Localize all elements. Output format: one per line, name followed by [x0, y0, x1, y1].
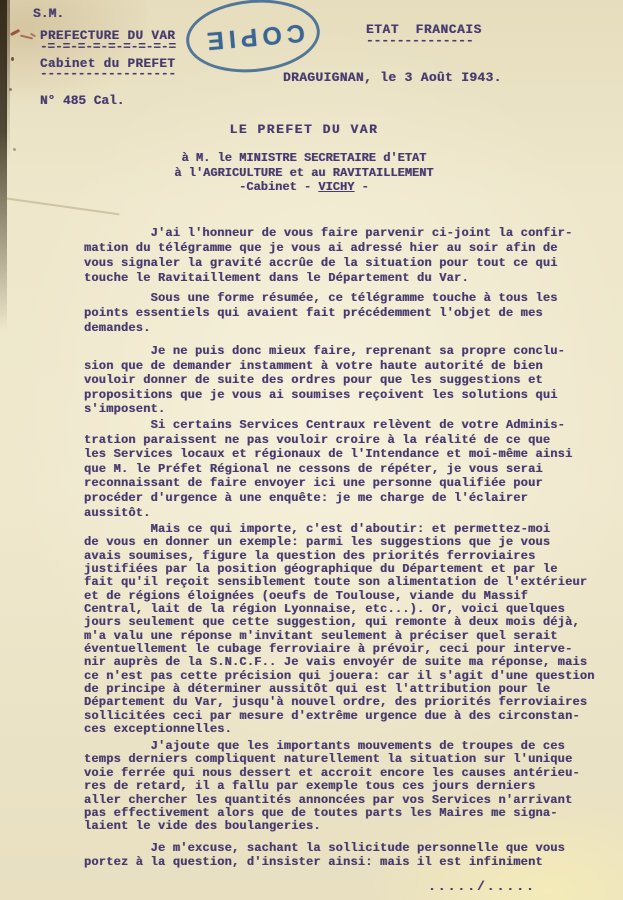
paragraph-6: J'ajoute que les importants mouvements d…: [84, 740, 580, 834]
paragraph-5: Mais ce qui importe, c'est d'aboutir: et…: [84, 523, 595, 737]
sender-mark: S.M.: [33, 6, 64, 21]
copie-stamp: COPIE: [183, 0, 323, 78]
paragraph-2: Sous une forme résumée, ce télégramme to…: [84, 291, 558, 336]
state-underline: --------------: [366, 33, 474, 48]
scan-edge-shadow-inner: [5, 0, 10, 160]
recipient-cabinet-line: -Cabinet - VICHY -: [84, 180, 524, 194]
cabinet-suffix: -: [354, 180, 368, 194]
paragraph-7: Je m'excuse, sachant la sollicitude pers…: [84, 841, 565, 869]
copie-stamp-text: COPIE: [201, 17, 306, 55]
bureau-underline: ------------------: [40, 67, 176, 81]
office-underline: -=-=-=-=-=-=-=-=-=: [40, 40, 176, 54]
reference-number: N° 485 Cal.: [40, 93, 124, 108]
paragraph-4: Si certains Services Centraux relèvent d…: [84, 418, 572, 520]
cabinet-prefix: -Cabinet -: [239, 180, 318, 194]
paper-speck: [11, 57, 14, 61]
red-ink-mark: [10, 29, 20, 36]
recipient-city: VICHY: [318, 180, 354, 194]
paragraph-3: Je ne puis donc mieux faire, reprenant s…: [84, 344, 565, 417]
recipient-line-1: à M. le MINISTRE SECRETAIRE d'ETAT: [84, 151, 524, 165]
continuation-mark: ...../.....: [428, 879, 536, 894]
recipient-line-2: à l'AGRICULTURE et au RAVITAILLEMENT: [84, 166, 524, 180]
sender-title: LE PREFET DU VAR: [84, 122, 524, 137]
paper-crease: [0, 197, 119, 215]
paper-speck: [9, 88, 12, 91]
dateline: DRAGUIGNAN, le 3 Août I943.: [283, 70, 502, 85]
paragraph-1: J'ai l'honneur de vous faire parvenir ci…: [84, 226, 572, 286]
paper-speck: [13, 148, 16, 151]
scanned-letter-page: S.M. PREFECTURE DU VAR -=-=-=-=-=-=-=-=-…: [0, 0, 623, 900]
